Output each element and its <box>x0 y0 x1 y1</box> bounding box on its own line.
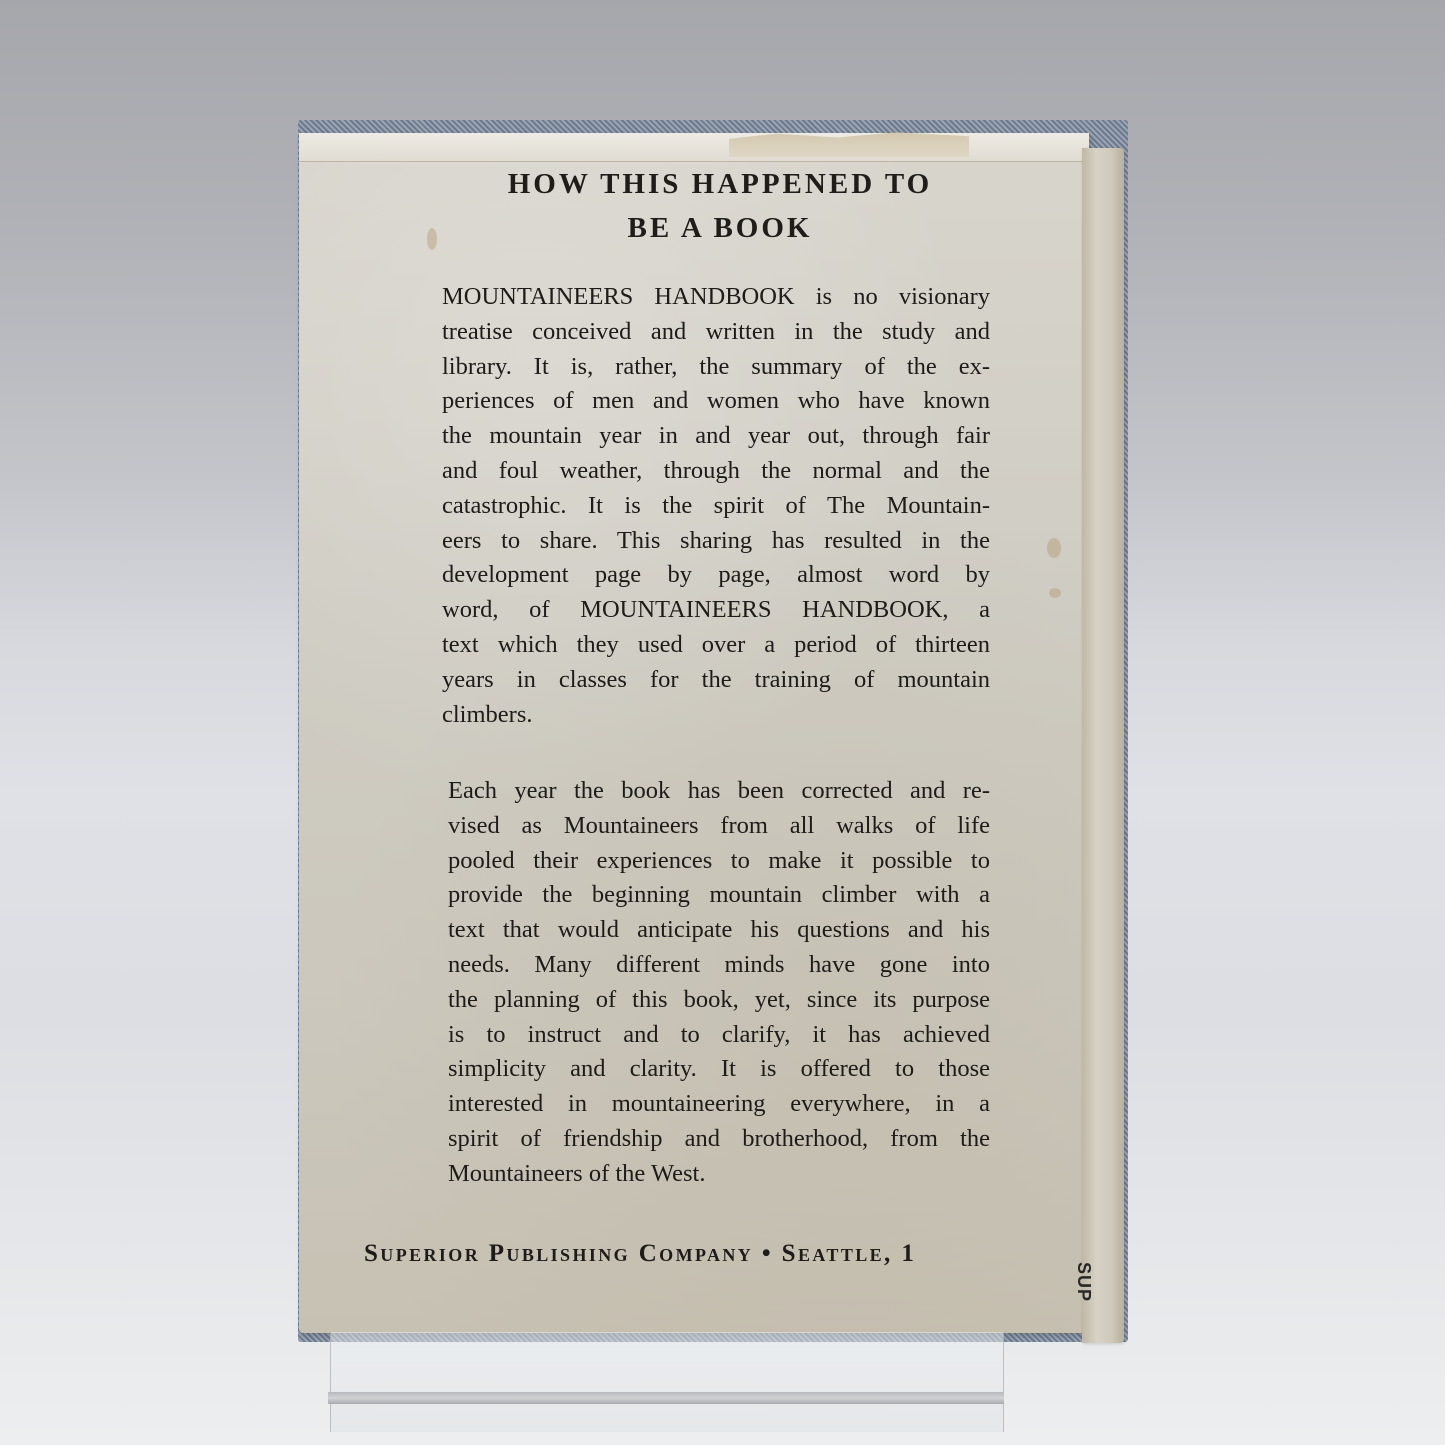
stain <box>427 228 437 250</box>
text-line: pooled their experiences to make it poss… <box>448 844 990 879</box>
text-line: catastrophic. It is the spirit of The Mo… <box>442 489 990 524</box>
text-line: and foul weather, through the normal and… <box>442 454 990 489</box>
title-line: HOW THIS HAPPENED TO <box>440 162 1000 206</box>
text-line: climbers. <box>442 698 990 733</box>
text-line: needs. Many different minds have gone in… <box>448 948 990 983</box>
text-line: word, of MOUNTAINEERS HANDBOOK, a <box>442 593 990 628</box>
text-line: is to instruct and to clarify, it has ac… <box>448 1018 990 1053</box>
book-spine <box>1082 148 1124 1343</box>
jacket-top-fold <box>299 133 1089 162</box>
text-line: periences of men and women who have know… <box>442 384 990 419</box>
text-line: MOUNTAINEERS HANDBOOK is no visionary <box>442 280 990 315</box>
paragraph-1: MOUNTAINEERS HANDBOOK is no visionary tr… <box>442 280 990 732</box>
text-line: simplicity and clarity. It is offered to… <box>448 1052 990 1087</box>
text-line: Each year the book has been corrected an… <box>448 774 990 809</box>
acrylic-stand-edge <box>328 1392 1004 1404</box>
text-line: provide the beginning mountain climber w… <box>448 878 990 913</box>
text-line: spirit of friendship and brotherhood, fr… <box>448 1122 990 1157</box>
text-line: library. It is, rather, the summary of t… <box>442 350 990 385</box>
text-line: the mountain year in and year out, throu… <box>442 419 990 454</box>
text-line: Mountaineers of the West. <box>448 1157 990 1192</box>
spine-text: SUP <box>1073 1262 1094 1302</box>
jacket-title: HOW THIS HAPPENED TO BE A BOOK <box>440 162 1000 250</box>
publisher-imprint: Superior Publishing Company • Seattle, 1 <box>364 1240 1050 1268</box>
stain <box>1049 588 1061 598</box>
paragraph-2: Each year the book has been corrected an… <box>448 774 990 1192</box>
text-line: text which they used over a period of th… <box>442 628 990 663</box>
title-line: BE A BOOK <box>440 206 1000 250</box>
text-line: development page by page, almost word by <box>442 558 990 593</box>
text-line: vised as Mountaineers from all walks of … <box>448 809 990 844</box>
text-line: treatise conceived and written in the st… <box>442 315 990 350</box>
text-line: years in classes for the training of mou… <box>442 663 990 698</box>
text-line: interested in mountaineering everywhere,… <box>448 1087 990 1122</box>
acrylic-stand <box>330 1332 1004 1432</box>
stain <box>1047 538 1061 558</box>
text-line: text that would anticipate his questions… <box>448 913 990 948</box>
text-line: eers to share. This sharing has resulted… <box>442 524 990 559</box>
text-line: the planning of this book, yet, since it… <box>448 983 990 1018</box>
